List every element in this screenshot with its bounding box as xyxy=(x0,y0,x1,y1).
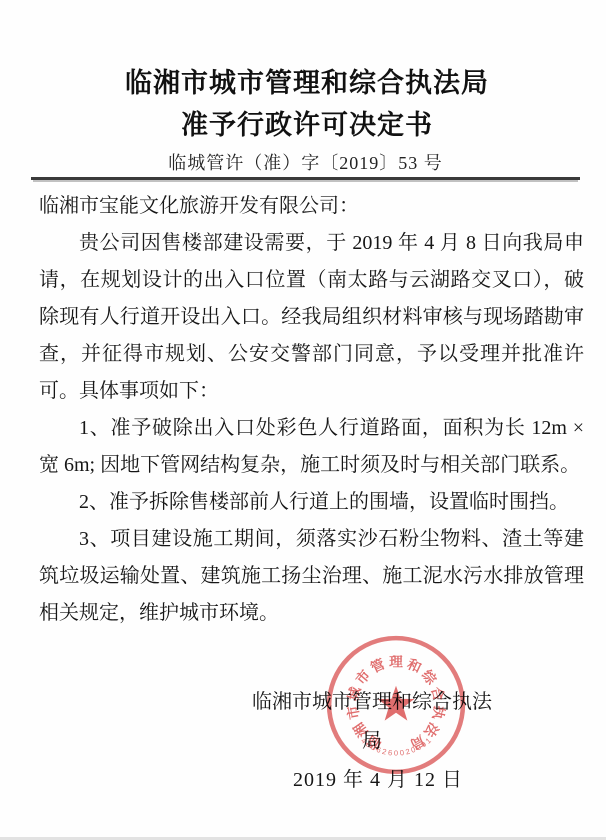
svg-text:综: 综 xyxy=(419,667,440,688)
svg-text:执: 执 xyxy=(430,704,448,721)
svg-text:和: 和 xyxy=(405,655,424,675)
paragraph-intro: 贵公司因售楼部建设需要，于 2019 年 4 月 8 日向我局申请，在规划设计的… xyxy=(39,225,584,410)
svg-text:合: 合 xyxy=(429,685,448,703)
paragraph-item-2: 2、准予拆除售楼部前人行道上的围墙，设置临时围挡。 xyxy=(39,484,584,521)
svg-text:城: 城 xyxy=(344,685,363,703)
paragraph-item-3: 3、项目建设施工期间，须落实沙石粉尘物料、渣土等建筑垃圾运输处置、建筑施工扬尘治… xyxy=(39,521,584,632)
document-body: 临湘市宝能文化旅游开发有限公司： 贵公司因售楼部建设需要，于 2019 年 4 … xyxy=(39,188,584,632)
document-page: 临湘市城市管理和综合执法局 准予行政许可决定书 临城管许（准）字〔2019〕53… xyxy=(0,0,606,840)
paragraph-item-1: 1、准予破除出入口处彩色人行道路面，面积为长 12m × 宽 6m; 因地下管网… xyxy=(39,410,584,484)
svg-text:0: 0 xyxy=(399,748,404,757)
document-number-rule: 临城管许（准）字〔2019〕53 号 xyxy=(31,150,580,180)
svg-text:市: 市 xyxy=(344,704,362,721)
document-number: 临城管许（准）字〔2019〕53 号 xyxy=(31,150,580,177)
svg-text:管: 管 xyxy=(368,655,387,675)
seal-serial-number: 4306260020091 xyxy=(359,736,433,758)
seal-star-icon xyxy=(378,686,415,721)
title-line-1: 临湘市城市管理和综合执法局 xyxy=(38,62,576,104)
official-seal: 临湘市城市管理和综合执法局 4306260020091 xyxy=(320,629,472,781)
svg-text:市: 市 xyxy=(352,666,373,687)
svg-text:理: 理 xyxy=(389,654,403,669)
svg-text:0: 0 xyxy=(394,749,398,758)
document-title: 临湘市城市管理和综合执法局 准予行政许可决定书 xyxy=(38,62,576,146)
title-line-2: 准予行政许可决定书 xyxy=(38,104,576,146)
svg-text:2: 2 xyxy=(381,747,387,757)
recipient-line: 临湘市宝能文化旅游开发有限公司： xyxy=(39,188,584,225)
svg-text:6: 6 xyxy=(387,748,392,757)
